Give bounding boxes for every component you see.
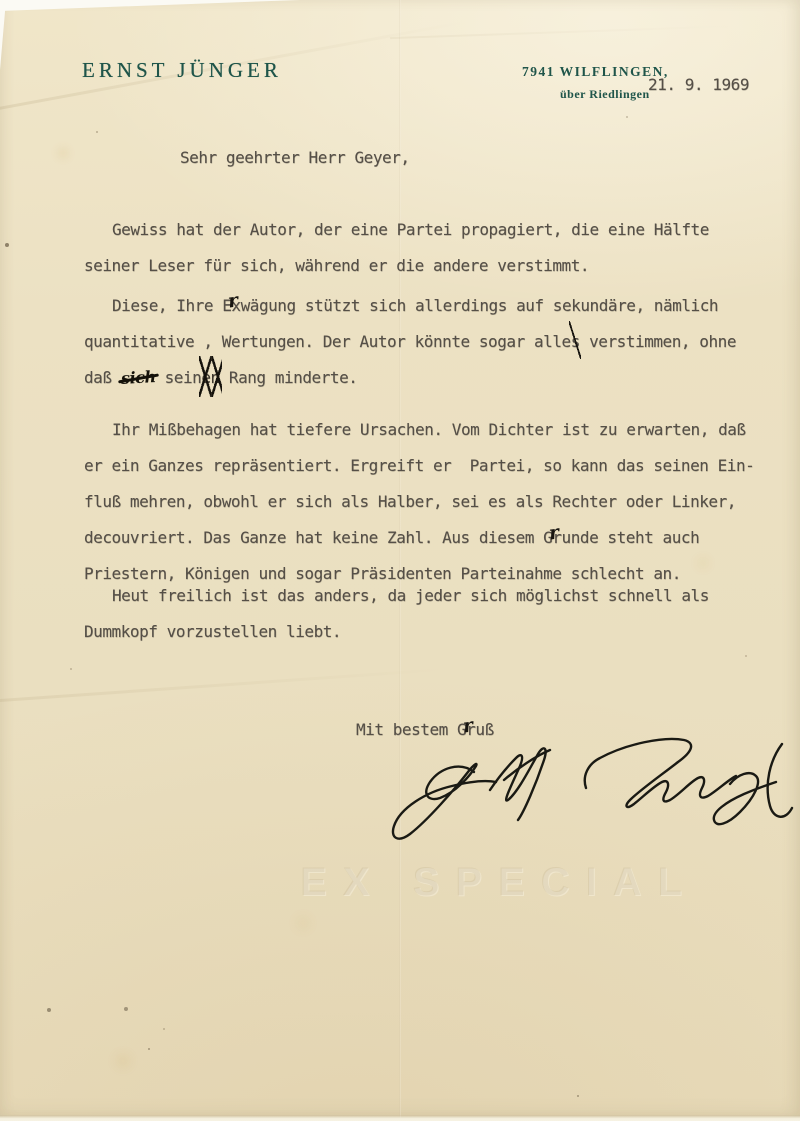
- typed-text: unde steht auch: [562, 520, 700, 556]
- typed-text: sein: [155, 360, 201, 396]
- corrected-text: s: [571, 324, 580, 360]
- body-line: Ihr Mißbehagen hat tiefere Ursachen. Vom…: [84, 412, 784, 448]
- body-line: Heut freilich ist das anders, da jeder s…: [84, 578, 784, 614]
- handwritten-signature: [378, 728, 798, 848]
- letterhead-name: ERNST JÜNGER: [82, 58, 282, 83]
- corrected-text: en: [201, 360, 219, 396]
- paper-edge-top: [0, 0, 300, 11]
- typed-text: daß: [84, 360, 121, 396]
- typed-text: er ein Ganzes repräsentiert. Ergreift er…: [84, 448, 754, 484]
- letter-date: 21. 9. 1969: [648, 75, 749, 94]
- body-line: fluß mehren, obwohl er sich als Halber, …: [84, 484, 784, 520]
- typed-text: Diese, Ihre E: [112, 288, 231, 324]
- letterhead-address-line2: über Riedlingen: [560, 87, 650, 102]
- paper-edge-left: [0, 0, 6, 70]
- corrected-text: sich: [120, 359, 157, 397]
- body-line: Dummkopf vorzustellen liebt.: [84, 614, 784, 650]
- typed-text: seiner Leser für sich, während er die an…: [84, 248, 589, 284]
- typed-text: quantitative , Wertungen. Der Autor könn…: [84, 324, 571, 360]
- typed-text: wägung stützt sich allerdings auf sekund…: [241, 288, 719, 324]
- typed-text: decouvriert. Das Ganze hat keine Zahl. A…: [84, 520, 552, 556]
- letter-page: EX SPECIAL ERNST JÜNGER 7941 WILFLINGEN,…: [0, 0, 800, 1121]
- paper-edge-bottom: [0, 1115, 800, 1121]
- signature-ink-strokes: [378, 728, 798, 848]
- paragraph-1: Gewiss hat der Autor, der eine Partei pr…: [84, 212, 784, 284]
- body-line: daß sich seinen Rang minderte.: [84, 360, 784, 396]
- body-line: seiner Leser für sich, während er die an…: [84, 248, 784, 284]
- typed-text: Gewiss hat der Autor, der eine Partei pr…: [112, 212, 709, 248]
- typed-text: Dummkopf vorzustellen liebt.: [84, 614, 341, 650]
- body-line: quantitative , Wertungen. Der Autor könn…: [84, 324, 784, 360]
- typed-text: Ihr Mißbehagen hat tiefere Ursachen. Vom…: [112, 412, 746, 448]
- paper-watermark: EX SPECIAL: [300, 860, 698, 905]
- body-line: decouvriert. Das Ganze hat keine Zahl. A…: [84, 520, 784, 556]
- typed-text: verstimmen, ohne: [580, 324, 736, 360]
- body-line: Gewiss hat der Autor, der eine Partei pr…: [84, 212, 784, 248]
- salutation: Sehr geehrter Herr Geyer,: [180, 148, 410, 167]
- paragraph-4: Heut freilich ist das anders, da jeder s…: [84, 578, 784, 650]
- body-line: Diese, Ihre Exrwägung stützt sich allerd…: [84, 288, 784, 324]
- paragraph-2: Diese, Ihre Exrwägung stützt sich allerd…: [84, 288, 784, 396]
- middle-fold-crease: [0, 668, 450, 704]
- typed-text: Rang minderte.: [220, 360, 358, 396]
- top-right-fold-crease: [390, 23, 800, 39]
- paragraph-3: Ihr Mißbehagen hat tiefere Ursachen. Vom…: [84, 412, 784, 592]
- typed-text: Heut freilich ist das anders, da jeder s…: [112, 578, 709, 614]
- corrected-text: xr: [231, 288, 240, 324]
- typed-text: fluß mehren, obwohl er sich als Halber, …: [84, 484, 736, 520]
- corrected-text: rr: [552, 520, 561, 556]
- letterhead-address-line1: 7941 WILFLINGEN,: [522, 64, 669, 80]
- body-line: er ein Ganzes repräsentiert. Ergreift er…: [84, 448, 784, 484]
